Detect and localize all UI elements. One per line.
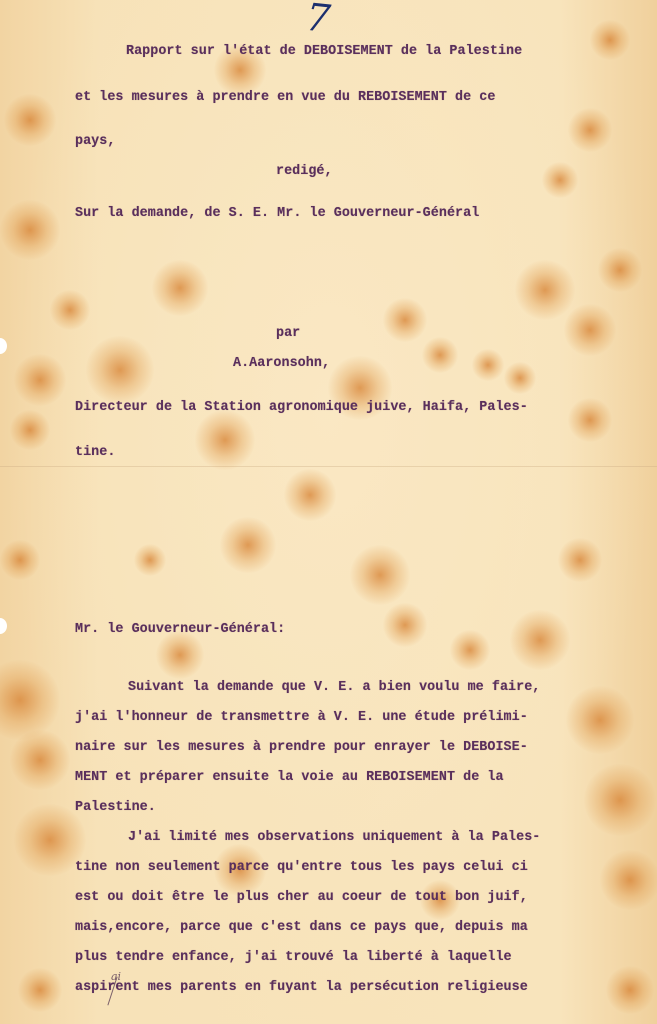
body-line-7: tine non seulement parce qu'entre tous l… [75,860,528,875]
author-name: A.Aaronsohn, [233,356,330,371]
foxing-stain [0,540,40,580]
foxing-stain [383,298,427,342]
redige-line: redigé, [276,164,333,179]
par-line: par [276,326,300,341]
body-line-10: plus tendre enfance, j'ai trouvé la libe… [75,950,512,965]
foxing-stain [4,94,56,146]
foxing-stain [86,336,154,404]
foxing-stain [504,362,536,394]
salutation: Mr. le Gouverneur-Général: [75,622,285,637]
foxing-stain [50,290,90,330]
body-line-2: j'ai l'honneur de transmettre à V. E. un… [75,710,528,725]
foxing-stain [422,337,458,373]
foxing-stain [195,410,255,470]
body-line-9: mais,encore, parce que c'est dans ce pay… [75,920,528,935]
foxing-stain [156,631,204,679]
title-line-2: et les mesures à prendre en vue du REBOI… [75,90,495,105]
foxing-stain [152,260,208,316]
foxing-stain [566,686,634,754]
body-line-5: Palestine. [75,800,156,815]
foxing-stain [383,603,427,647]
foxing-stain [220,517,276,573]
foxing-stain [568,398,612,442]
foxing-stain [600,850,657,910]
author-title-line-2: tine. [75,445,115,460]
foxing-stain [18,968,62,1012]
foxing-stain [0,200,60,260]
title-line-3: pays, [75,134,115,149]
foxing-stain [515,260,575,320]
body-line-3: naire sur les mesures à prendre pour enr… [75,740,528,755]
paper-fold-line [0,466,657,467]
punch-hole [0,338,7,354]
foxing-stain [606,966,654,1014]
body-line-11: aspirent mes parents en fuyant la perséc… [75,980,528,995]
foxing-stain [542,162,578,198]
foxing-stain [590,20,630,60]
foxing-stain [598,248,642,292]
foxing-stain [0,660,60,740]
request-line: Sur la demande, de S. E. Mr. le Gouverne… [75,206,479,221]
foxing-stain [568,108,612,152]
foxing-stain [134,544,166,576]
foxing-stain [450,630,490,670]
foxing-stain [564,304,616,356]
foxing-stain [558,538,602,582]
foxing-stain [14,354,66,406]
foxing-stain [10,730,70,790]
title-line-1: Rapport sur l'état de DEBOISEMENT de la … [126,44,522,59]
punch-hole [0,618,7,634]
body-line-6: J'ai limité mes observations uniquement … [128,830,540,845]
handwritten-page-number: 7 [304,0,333,41]
body-line-8: est ou doit être le plus cher au coeur d… [75,890,528,905]
foxing-stain [510,610,570,670]
foxing-stain [10,410,50,450]
body-line-4: MENT et préparer ensuite la voie au REBO… [75,770,504,785]
foxing-stain [284,469,336,521]
document-page: 7 Rapport sur l'état de DEBOISEMENT de l… [0,0,657,1024]
body-line-1: Suivant la demande que V. E. a bien voul… [128,680,540,695]
foxing-stain [350,545,410,605]
author-title-line-1: Directeur de la Station agronomique juiv… [75,400,528,415]
foxing-stain [584,764,656,836]
foxing-stain [472,349,504,381]
